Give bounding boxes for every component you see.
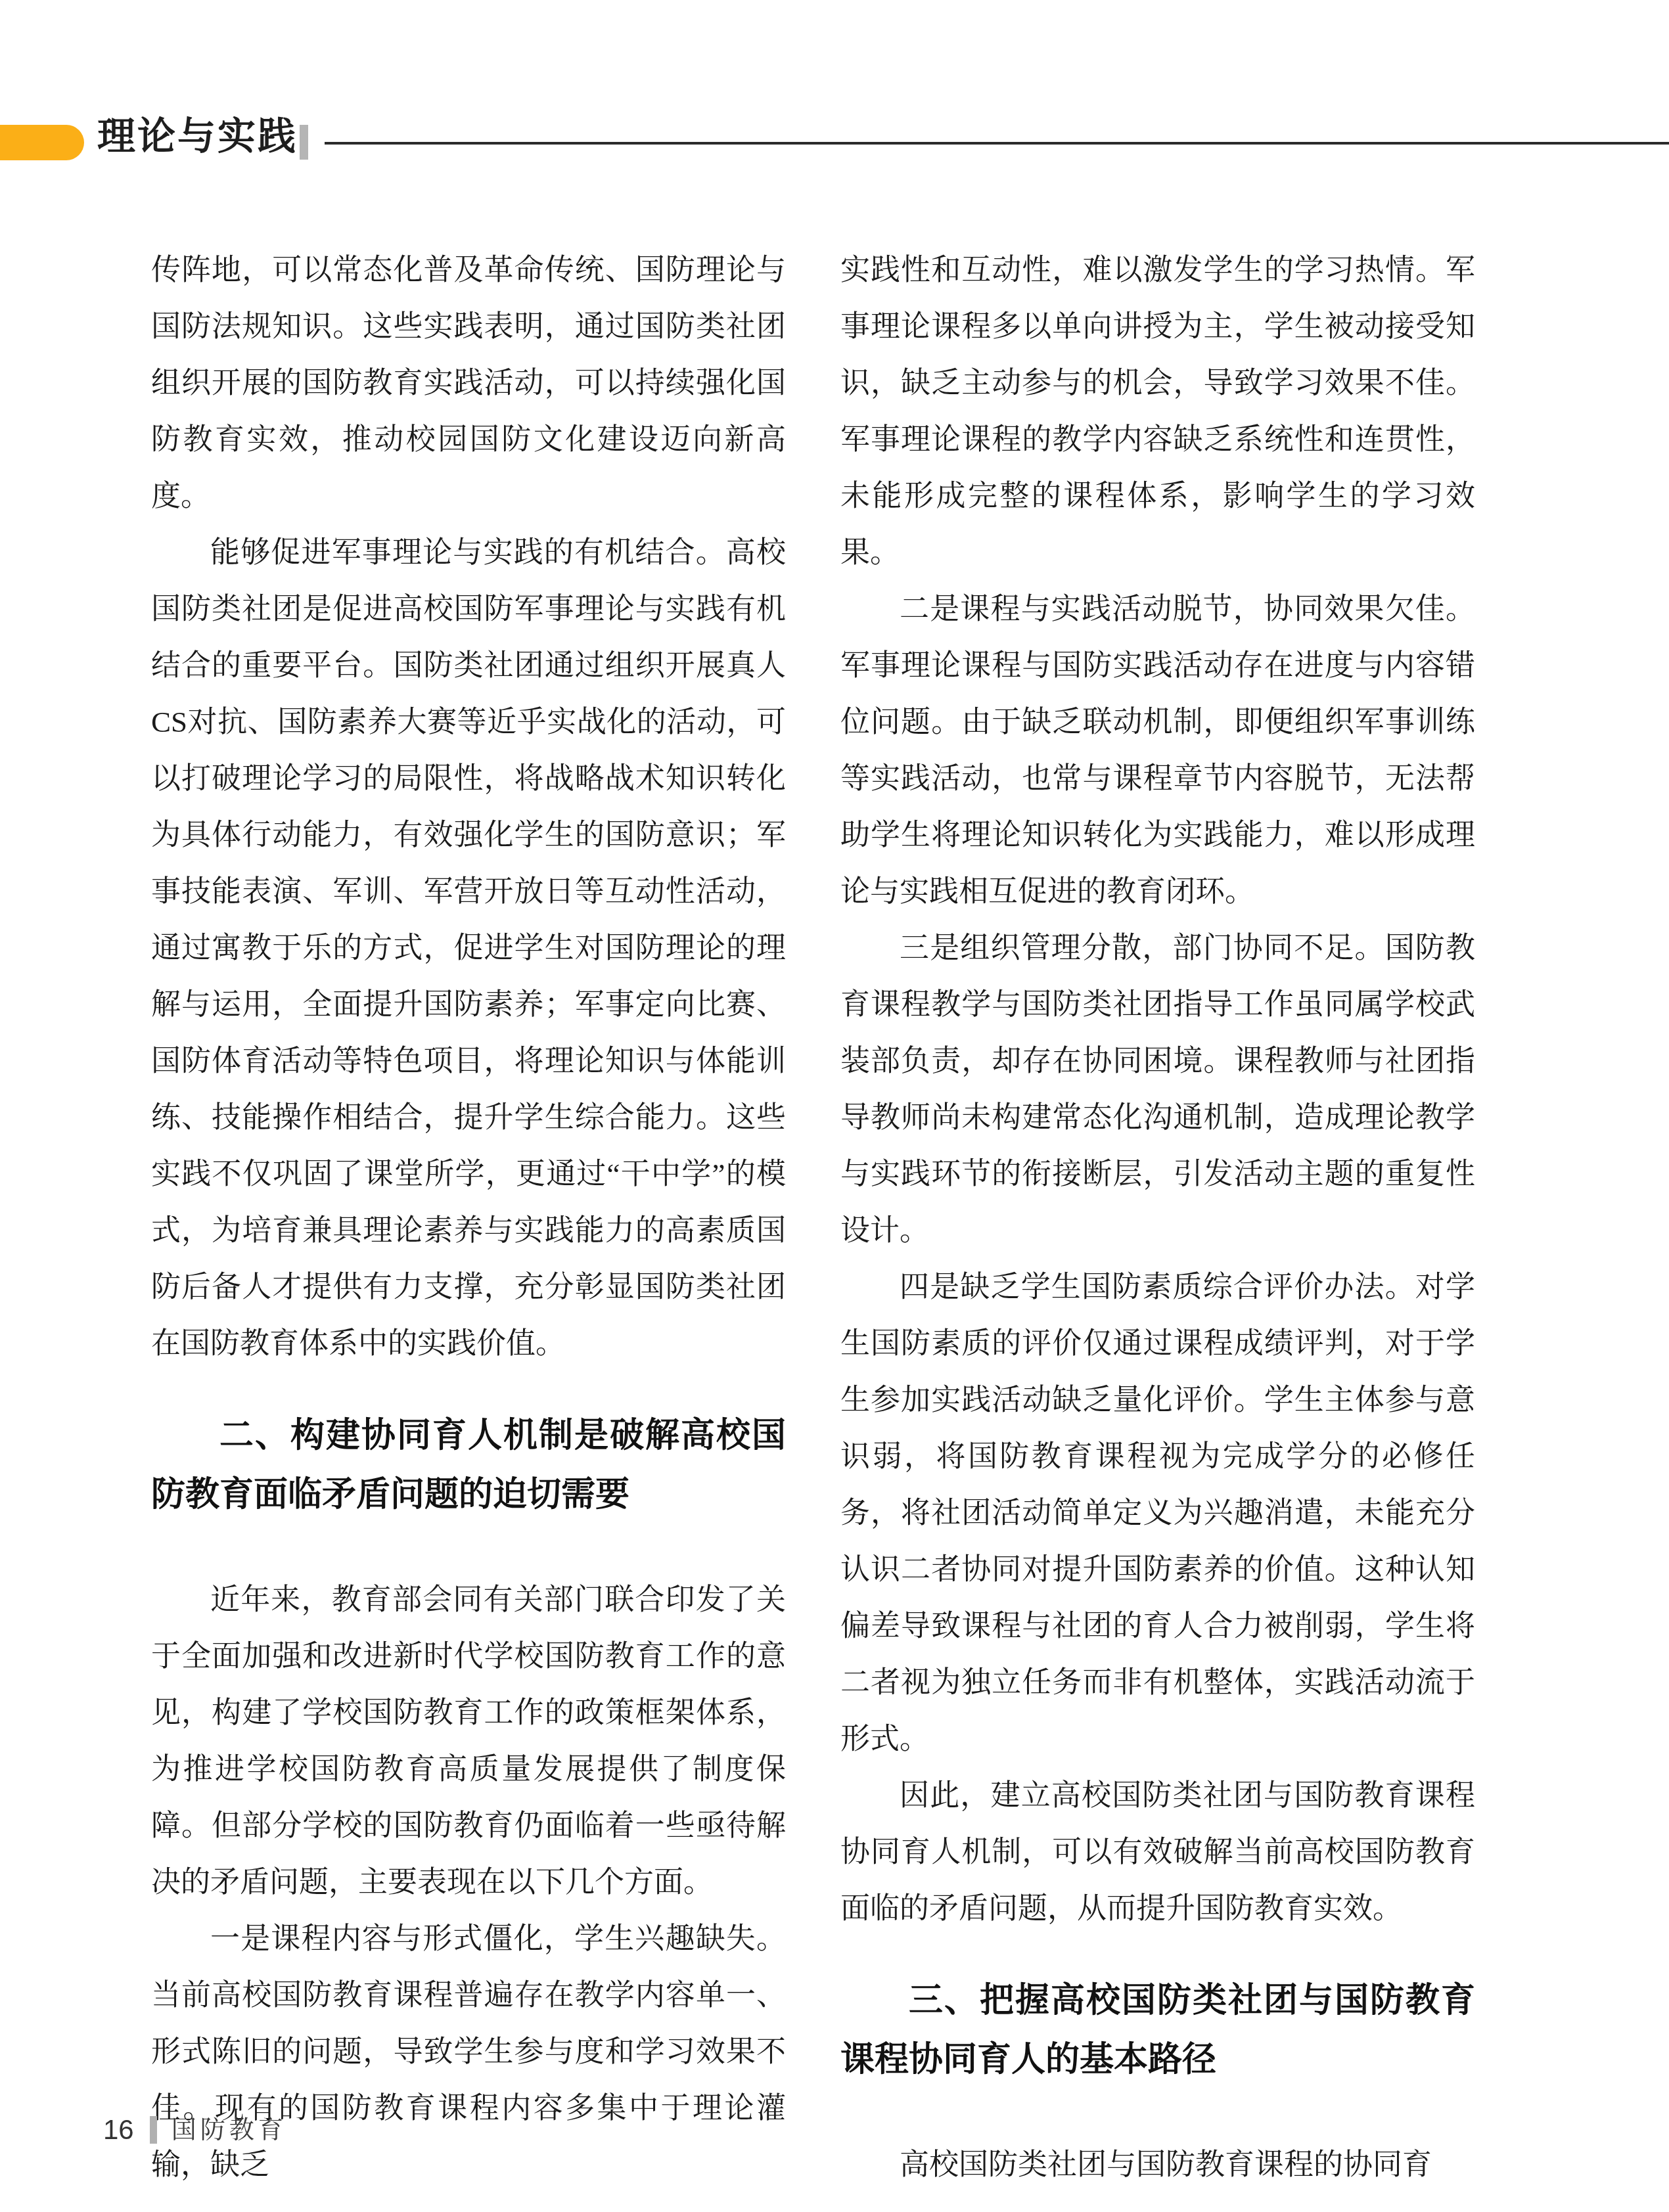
body-paragraph: 二是课程与实践活动脱节，协同效果欠佳。军事理论课程与国防实践活动存在进度与内容错… (840, 581, 1475, 920)
column-left: 传阵地，可以常态化普及革命传统、国防理论与国防法规知识。这些实践表明，通过国防类… (151, 242, 786, 2193)
page-number: 16 (103, 2114, 134, 2146)
body-paragraph: 一是课程内容与形式僵化，学生兴趣缺失。当前高校国防教育课程普遍存在教学内容单一、… (151, 1910, 786, 2193)
magazine-page: 理论与实践 传阵地，可以常态化普及革命传统、国防理论与国防法规知识。这些实践表明… (0, 0, 1669, 2212)
column-right: 实践性和互动性，难以激发学生的学习热情。军事理论课程多以单向讲授为主，学生被动接… (840, 242, 1475, 2193)
body-paragraph: 四是缺乏学生国防素质综合评价办法。对学生国防素质的评价仅通过课程成绩评判，对于学… (840, 1259, 1475, 1767)
body-paragraph: 三是组织管理分散，部门协同不足。国防教育课程教学与国防类社团指导工作虽同属学校武… (840, 920, 1475, 1259)
section-heading: 二、构建协同育人机制是破解高校国防教育面临矛盾问题的迫切需要 (151, 1406, 786, 1524)
body-paragraph: 传阵地，可以常态化普及革命传统、国防理论与国防法规知识。这些实践表明，通过国防类… (151, 242, 786, 524)
body-paragraph: 因此，建立高校国防类社团与国防教育课程协同育人机制，可以有效破解当前高校国防教育… (840, 1767, 1475, 1937)
body-paragraph: 高校国防类社团与国防教育课程的协同育 (840, 2136, 1475, 2193)
footer-divider-bar (150, 2116, 157, 2144)
section-color-tab (0, 125, 84, 160)
body-paragraph: 近年来，教育部会同有关部门联合印发了关于全面加强和改进新时代学校国防教育工作的意… (151, 1571, 786, 1910)
header-rule (325, 142, 1669, 145)
section-title: 理论与实践 (97, 116, 298, 158)
page-footer: 16 国防教育 (103, 2114, 287, 2146)
body-paragraph: 能够促进军事理论与实践的有机结合。高校国防类社团是促进高校国防军事理论与实践有机… (151, 524, 786, 1372)
section-heading: 三、把握高校国防类社团与国防教育课程协同育人的基本路径 (840, 1971, 1475, 2089)
header-divider-bar (300, 125, 308, 160)
body-paragraph: 实践性和互动性，难以激发学生的学习热情。军事理论课程多以单向讲授为主，学生被动接… (840, 242, 1475, 581)
journal-name: 国防教育 (171, 2114, 287, 2146)
